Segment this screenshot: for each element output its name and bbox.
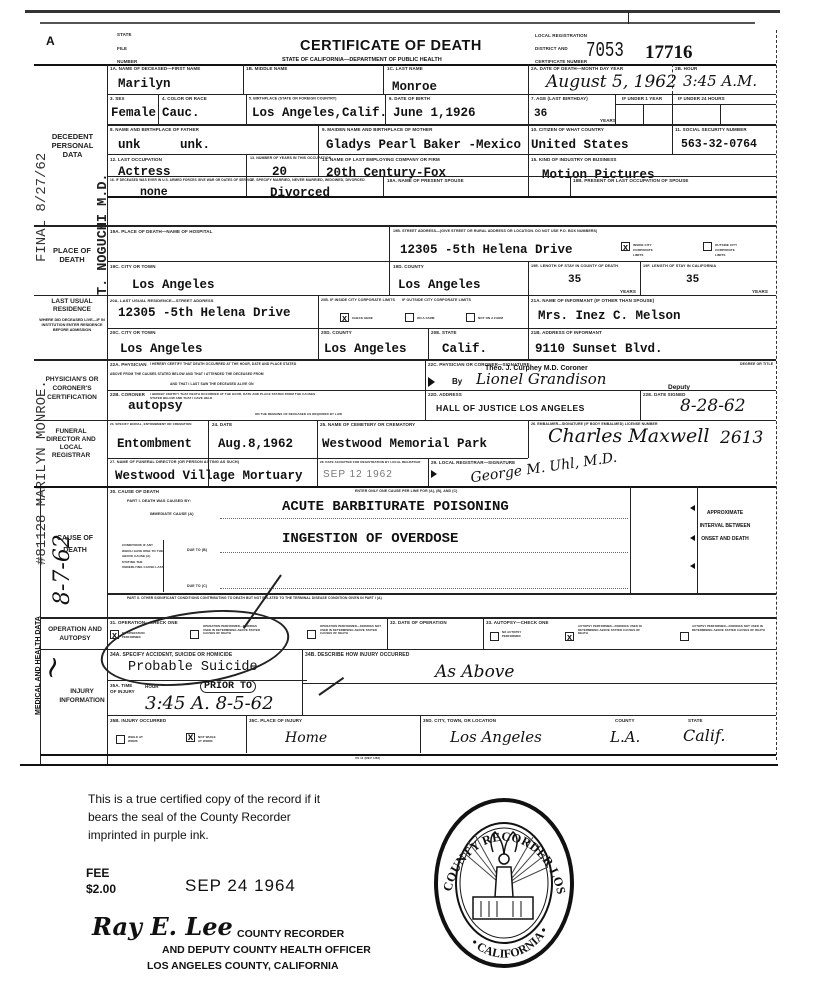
label-age-years: YEARS: [600, 118, 616, 123]
row-rule-4: [107, 154, 776, 155]
row-rule-part2: [107, 593, 776, 595]
line-cause-a: [220, 518, 628, 519]
row-rule-20: [107, 328, 776, 329]
label-not-on-farm: NOT ON A FARM: [478, 316, 503, 321]
div-1b-1c: [383, 64, 384, 94]
row-rule-22c: [425, 390, 776, 391]
label-part2: PART II. OTHER SIGNIFICANT CONDITIONS CO…: [127, 596, 382, 601]
value-informant-address: 9110 Sunset Blvd.: [535, 342, 663, 356]
label-35a-hour: HOUR: [145, 684, 159, 689]
margin-final-note: FINAL 8/27/62: [34, 153, 50, 262]
value-cause-a: ACUTE BARBITURATE POISONING: [282, 499, 509, 515]
div-19d-19e: [528, 261, 529, 296]
top-border: [25, 10, 780, 13]
label-12: 12. LAST OCCUPATION: [110, 157, 162, 162]
page-title: CERTIFICATE OF DEATH: [300, 38, 482, 54]
county-recorder-seal: COUNTY RECORDER LOS ANGELES COUNTY • CAL…: [433, 797, 576, 970]
section-rule-3: [34, 359, 776, 361]
value-race: Cauc.: [162, 106, 200, 120]
arrow-22c: [428, 377, 435, 387]
value-injury-time: 3:45 A. 8-5-62: [145, 693, 274, 714]
label-6: 6. DATE OF BIRTH: [389, 96, 430, 101]
label-29: 29. LOCAL REGISTRAR—SIGNATURE: [431, 460, 515, 465]
value-residence-city: Los Angeles: [120, 342, 203, 356]
section-rule-1: [34, 225, 776, 227]
row-rule-6: [107, 196, 776, 198]
label-due-to-c: DUE TO (C): [187, 584, 207, 589]
label-18b: 18b. PRESENT OR LAST OCCUPATION OF SPOUS…: [573, 178, 688, 183]
label-inside-city: INSIDE CITY CORPORATE LIMITS: [633, 243, 663, 258]
value-date-of-birth: June 1,1926: [393, 106, 476, 120]
div-1a-1b: [243, 64, 244, 94]
value-injury-city: Los Angeles: [450, 728, 542, 746]
label-11: 11. SOCIAL SECURITY NUMBER: [675, 127, 747, 132]
label-30-instruction: ENTER ONLY ONE CAUSE PER LINE FOR (A), (…: [355, 489, 457, 494]
row-rule-19: [107, 261, 776, 262]
value-injury-place: Home: [285, 730, 327, 746]
value-disposition: Entombment: [117, 437, 192, 451]
value-death-street: 12305 -5th Helena Drive: [400, 243, 573, 257]
value-registration-date: SEP 12 1962: [323, 469, 393, 480]
label-20b: 20b. IF INSIDE CITY CORPORATE LIMITS: [321, 298, 395, 303]
value-residence-state: Calif.: [442, 342, 487, 356]
label-16: 16. IF DECEASED WAS EVER IN U.S. ARMED F…: [110, 178, 254, 183]
label-30: 30. CAUSE OF DEATH: [110, 489, 159, 494]
value-age: 36: [534, 108, 547, 120]
label-1b: 1b. MIDDLE NAME: [246, 66, 288, 71]
label-28: 28. DATE ACCEPTED FOR REGISTRATION BY LO…: [320, 460, 425, 464]
label-20d: 20d. COUNTY: [321, 330, 352, 335]
label-13: 13. NUMBER OF YEARS IN THIS OCCUPATION: [250, 156, 331, 161]
value-death-county: Los Angeles: [398, 278, 481, 292]
section-rule-6: [40, 617, 776, 619]
value-date-signed: 8-28-62: [680, 396, 746, 416]
value-injury-description: As Above: [435, 662, 514, 682]
label-20e: 20e. STATE: [431, 330, 457, 335]
section-physician: PHYSICIAN'S OR CORONER'S CERTIFICATION: [37, 375, 107, 402]
div-7-sub2: [672, 94, 673, 124]
label-1a: 1a. NAME OF DECEASED—FIRST NAME: [110, 66, 200, 71]
value-citizenship: United States: [531, 138, 629, 152]
fee-value: $2.00: [86, 882, 116, 896]
div-4-5: [246, 94, 247, 124]
div-22d-22e: [640, 390, 641, 420]
checkbox-outside-city[interactable]: [703, 242, 712, 251]
text-22a-1: I HEREBY CERTIFY THAT DEATH OCCURRED AT …: [150, 362, 296, 367]
residence-note: WHERE DID DECEASED LIVE—IF IN INSTITUTIO…: [38, 318, 106, 333]
label-35c: 35c. PLACE OF INJURY: [249, 718, 302, 723]
interval-marker-2: [690, 535, 695, 541]
label-stay-california-years: YEARS: [752, 289, 768, 294]
label-1c: 1c. LAST NAME: [387, 66, 423, 71]
recorder-signature: Ray E. Lee: [92, 912, 233, 941]
interval-marker-3: [690, 563, 695, 569]
signature-coroner: Lionel Grandison: [476, 370, 606, 388]
value-mother: Gladys Pearl Baker -Mexico: [326, 138, 521, 152]
div-cause-interval: [630, 486, 631, 594]
age-sub-rule: [615, 104, 776, 105]
top-tick: [628, 12, 629, 24]
label-20c: 20c. CITY OR TOWN: [110, 330, 156, 335]
label-2a: 2a. DATE OF DEATH—MONTH DAY YEAR: [531, 66, 623, 71]
checkbox-not-on-farm[interactable]: [466, 313, 475, 322]
section-place-of-death: PLACE OF DEATH: [52, 246, 92, 264]
seal-icon: COUNTY RECORDER LOS ANGELES COUNTY • CAL…: [433, 797, 576, 970]
value-funeral-director: Westwood Village Mortuary: [115, 469, 303, 483]
label-degree-title: DEGREE OR TITLE: [740, 362, 773, 367]
value-date-of-death: August 5, 1962: [546, 72, 677, 92]
margin-record-id: #81128 MARILYN MONROE.: [34, 380, 50, 565]
label-autopsy-used: AUTOPSY PERFORMED—FINDINGS USED IN DETER…: [578, 625, 643, 636]
label-24: 24. DATE: [212, 422, 232, 427]
form-right-border: [776, 30, 777, 760]
value-coroner-address: HALL OF JUSTICE LOS ANGELES: [436, 403, 585, 413]
label-4: 4. COLOR OR RACE: [162, 96, 207, 101]
text-22a-2: ABOVE FROM THE CAUSES STATED BELOW AND T…: [110, 372, 264, 377]
label-19e: 19e. LENGTH OF STAY IN COUNTY OF DEATH: [531, 264, 618, 269]
label-part1: PART I. DEATH WAS CAUSED BY:: [127, 499, 191, 504]
row-rule-27: [107, 458, 528, 459]
state-file-label-2: FILE: [117, 46, 127, 51]
page-subtitle: STATE OF CALIFORNIA—DEPARTMENT OF PUBLIC…: [282, 57, 442, 63]
certificate-number: 17716: [645, 42, 693, 64]
div-17-18a: [383, 176, 384, 196]
certification-statement: This is a true certified copy of the rec…: [88, 790, 328, 844]
div-20d-20e: [428, 328, 429, 360]
section-decedent: DECEDENT PERSONAL DATA: [45, 132, 100, 159]
checkbox-residence-inside-city[interactable]: x: [340, 313, 349, 322]
value-father-birthplace: unk.: [180, 138, 210, 152]
value-embalmer-license: 2613: [720, 428, 763, 448]
value-informant: Mrs. Inez C. Melson: [538, 309, 681, 323]
label-33: 33. AUTOPSY—CHECK ONE: [486, 620, 549, 625]
bottom-border: [20, 764, 778, 766]
div-interval-col: [697, 486, 698, 594]
value-injury-county: L.A.: [610, 728, 640, 746]
label-3: 3. SEX: [110, 96, 125, 101]
row-rule-3: [107, 124, 776, 126]
recorder-title-3: LOS ANGELES COUNTY, CALIFORNIA: [147, 960, 339, 972]
row-rule-2: [107, 94, 776, 95]
local-registration-label: LOCAL REGISTRATION: [535, 33, 587, 38]
label-22d: 22d. ADDRESS: [428, 392, 462, 397]
value-first-name: Marilyn: [118, 77, 171, 91]
label-18a: 18a. NAME OF PRESENT SPOUSE: [387, 178, 464, 183]
date-stamp: SEP 24 1964: [185, 876, 296, 896]
label-22b: 22b. CORONER: [110, 392, 145, 397]
value-injury-state: Calif.: [683, 726, 725, 745]
section-injury: INJURY INFORMATION: [58, 687, 106, 705]
label-15: 15. KIND OF INDUSTRY OR BUSINESS: [531, 157, 616, 162]
label-19b: 19b. STREET ADDRESS—(GIVE STREET OR RURA…: [393, 229, 597, 234]
text-22b-2: ON THE REMAINS OF DECEASED AS REQUIRED B…: [255, 412, 342, 417]
div-32-33: [483, 618, 484, 650]
value-death-city: Los Angeles: [132, 278, 215, 292]
value-cause-b: INGESTION OF OVERDOSE: [282, 531, 458, 547]
label-10: 10. CITIZEN OF WHAT COUNTRY: [531, 127, 604, 132]
district-label: DISTRICT AND: [535, 46, 568, 51]
label-immediate-cause: IMMEDIATE CAUSE (A): [150, 512, 194, 517]
label-on-farm: ON A FARM: [417, 316, 435, 321]
div-19e-19f: [640, 261, 641, 296]
label-injury-state: STATE: [688, 718, 703, 723]
section-cause: CAUSE OF DEATH: [55, 533, 95, 557]
value-residence-street: 12305 -5th Helena Drive: [118, 306, 291, 320]
label-19a: 19a. PLACE OF DEATH—NAME OF HOSPITAL: [110, 229, 212, 234]
label-35d: 35d. CITY, TOWN, OR LOCATION: [423, 718, 496, 723]
row-rule-22a: [107, 390, 425, 391]
value-stay-county: 35: [568, 274, 581, 286]
age-sub-div-2: [720, 104, 721, 124]
label-2b: 2b. HOUR: [675, 66, 697, 71]
label-23: 23. SPECIFY BURIAL, ENTOMBMENT OR CREMAT…: [110, 422, 191, 427]
signature-registrar: George M. Uhl, M.D.: [470, 450, 618, 486]
form-number: VS 11 (REV 1/62): [355, 756, 380, 761]
label-21b: 21b. ADDRESS OF INFORMANT: [531, 330, 602, 335]
div-35c-35d: [420, 715, 421, 753]
row-rule-5: [107, 176, 776, 177]
checkbox-operation-not-used[interactable]: [307, 630, 316, 639]
checkbox-not-while-at-work[interactable]: x: [186, 733, 195, 742]
form-bottom-rule: [40, 754, 776, 756]
div-12-13: [246, 154, 247, 196]
label-no-autopsy: NO AUTOPSY PERFORMED: [502, 631, 527, 638]
value-disposition-date: Aug.8,1962: [218, 437, 293, 451]
value-sex: Female: [111, 106, 156, 120]
label-17: 17. SPECIFY MARRIED, NEVER MARRIED, WIDO…: [250, 178, 365, 183]
checkbox-inside-city[interactable]: x: [621, 242, 630, 251]
row-rule-34b: [302, 683, 776, 684]
label-while-at-work: WHILE AT WORK: [128, 735, 146, 743]
label-5: 5. BIRTHPLACE (STATE OR FOREIGN COUNTRY): [249, 97, 337, 101]
label-injury-county: COUNTY: [615, 718, 635, 723]
label-19f: 19f. LENGTH OF STAY IN CALIFORNIA: [643, 264, 716, 269]
value-ssn: 563-32-0764: [681, 138, 757, 151]
label-operation-not-used: OPERATION PERFORMED—FINDINGS NOT USED IN…: [320, 625, 385, 636]
label-interval: APPROXIMATE INTERVAL BETWEEN ONSET AND D…: [699, 507, 751, 546]
label-27: 27. NAME OF FUNERAL DIRECTOR (OR PERSON …: [110, 460, 239, 465]
section-rule-2: [34, 295, 776, 296]
label-19d: 19d. COUNTY: [393, 264, 424, 269]
line-cause-b: [220, 552, 628, 553]
div-31-32: [387, 618, 388, 650]
label-20b-outside: IF OUTSIDE CITY CORPORATE LIMITS: [402, 298, 471, 303]
checkbox-autopsy-not-used[interactable]: [680, 632, 689, 641]
stamp-prior-to: PRIOR TO: [200, 680, 256, 693]
label-by: By: [452, 377, 462, 386]
label-35b: 35b. INJURY OCCURRED: [110, 718, 166, 723]
div-18a-18b: [570, 176, 571, 196]
label-21a: 21a. NAME OF INFORMANT (IF OTHER THAN SP…: [531, 298, 654, 303]
value-cemetery: Westwood Memorial Park: [322, 437, 487, 451]
value-father: unk: [118, 138, 141, 152]
corner-mark: A: [46, 34, 55, 48]
recorder-title-2: AND DEPUTY COUNTY HEALTH OFFICER: [162, 944, 371, 956]
label-32: 32. DATE OF OPERATION: [390, 620, 447, 625]
section-rule-4: [34, 420, 776, 421]
label-not-while-at-work: NOT WHILE AT WORK: [198, 735, 220, 743]
div-conditions: [163, 540, 164, 592]
label-stay-county-years: YEARS: [620, 289, 636, 294]
div-3-4: [158, 94, 159, 124]
label-34b: 34b. DESCRIBE HOW INJURY OCCURRED: [305, 653, 409, 658]
div-8-9: [318, 124, 319, 154]
text-22a-3: AND THAT I LAST SAW THE DECEASED ALIVE O…: [170, 382, 254, 387]
section-operation: OPERATION AND AUTOPSY: [46, 625, 104, 643]
div-24-25: [317, 420, 318, 486]
age-sub-div-1: [643, 104, 644, 124]
value-residence-county: Los Angeles: [324, 342, 407, 356]
margin-noguchi: T. NOGUCHI M.D.: [96, 173, 111, 295]
row-rule-35: [107, 715, 776, 716]
div-10-11: [672, 124, 673, 154]
label-9: 9. MAIDEN NAME AND BIRTHPLACE OF MOTHER: [322, 127, 432, 132]
label-outside-city: OUTSIDE CITY CORPORATE LIMITS: [715, 243, 745, 258]
fee-label: FEE: [86, 866, 109, 880]
label-8: 8. NAME AND BIRTHPLACE OF FATHER: [110, 127, 199, 132]
section-rule-5: [34, 486, 776, 488]
label-19c: 19c. CITY OR TOWN: [110, 264, 156, 269]
div-25-26: [428, 458, 429, 486]
div-35b-35c: [246, 715, 247, 753]
checkbox-while-at-work[interactable]: [116, 735, 125, 744]
top-border-2: [40, 22, 755, 24]
label-22a: 22a. PHYSICIAN: [110, 362, 147, 367]
label-14: 14. NAME OF LAST EMPLOYING COMPANY OR FI…: [322, 157, 440, 162]
section-last-residence: LAST USUAL RESIDENCE: [38, 298, 106, 314]
value-hour: 3:45 A.M.: [683, 72, 757, 90]
label-35a: 35a. TIME OF INJURY: [110, 683, 135, 695]
interval-marker-1: [690, 505, 695, 511]
value-birthplace: Los Angeles,Calif.: [252, 106, 387, 120]
recorder-title-1: COUNTY RECORDER: [237, 928, 344, 940]
value-stay-california: 35: [686, 274, 699, 286]
checkbox-on-farm[interactable]: [405, 313, 414, 322]
annotation-arrow-2: [318, 677, 344, 696]
label-under-24-hours: IF UNDER 24 HOURS: [678, 96, 725, 101]
district-number: 7053: [586, 40, 624, 63]
label-20a: 20a. LAST USUAL RESIDENCE—STREET ADDRESS: [110, 298, 214, 303]
value-autopsy: autopsy: [128, 398, 183, 413]
line-cause-c: [220, 588, 628, 589]
value-last-name: Monroe: [392, 80, 437, 94]
label-autopsy-not-used: AUTOPSY PERFORMED—FINDINGS NOT USED IN D…: [692, 625, 767, 632]
checkbox-autopsy-used[interactable]: x: [565, 632, 574, 641]
label-due-to-b: DUE TO (B): [187, 548, 207, 553]
signature-embalmer: Charles Maxwell: [548, 425, 709, 447]
label-check-here: CHECK HERE: [352, 316, 373, 321]
label-under-1-year: IF UNDER 1 YEAR: [622, 96, 662, 101]
label-25: 25. NAME OF CEMETERY OR CREMATORY: [320, 422, 415, 427]
label-conditions: CONDITIONS IF ANY WHICH GAVE RISE TO THE…: [122, 543, 164, 571]
div-25-26b: [528, 420, 529, 458]
arrow-29: [431, 470, 437, 478]
section-funeral: FUNERAL DIRECTOR AND LOCAL REGISTRAR: [40, 428, 102, 460]
label-7: 7. AGE (LAST BIRTHDAY): [531, 96, 588, 101]
state-file-label: STATE: [117, 32, 132, 37]
checkbox-no-autopsy[interactable]: [490, 632, 499, 641]
